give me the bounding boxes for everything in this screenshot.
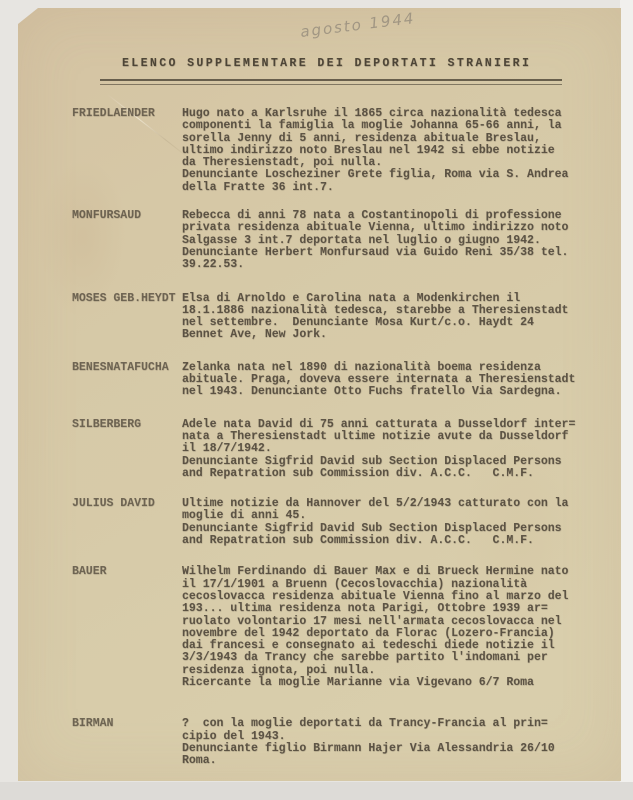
register-entry: BAUER Wilhelm Ferdinando di Bauer Max e … xyxy=(72,566,610,689)
scan-background-bottom xyxy=(0,782,633,800)
entry-surname: SILBERBERG xyxy=(72,419,182,480)
register-entry: MONFURSAUD Rebecca di anni 78 nata a Cos… xyxy=(72,210,610,271)
entry-description: Wilhelm Ferdinando di Bauer Max e di Bru… xyxy=(182,566,610,689)
entry-description: Elsa di Arnoldo e Carolina nata a Modenk… xyxy=(182,293,610,342)
entry-line: il 18/7/1942. xyxy=(182,443,610,455)
title-underline xyxy=(100,79,562,85)
entry-line: Denunciante Sigfrid David sub Section Di… xyxy=(182,456,610,468)
entry-line: nel 1943. Denunciante Otto Fuchs fratell… xyxy=(182,386,610,398)
entry-surname: MOSES GEB.HEYDT xyxy=(72,293,182,342)
handwritten-date-note: agosto 1944 xyxy=(299,9,416,41)
entry-line: Ricercante la moglie Marianne via Vigeva… xyxy=(182,677,610,689)
document-page: agosto 1944 ELENCO SUPPLEMENTARE DEI DEP… xyxy=(18,8,621,781)
register-entry: FRIEDLAENDER Hugo nato a Karlsruhe il 18… xyxy=(72,108,610,194)
entry-line: Bennet Ave, New Jork. xyxy=(182,329,610,341)
page-title: ELENCO SUPPLEMENTARE DEI DEPORTATI STRAN… xyxy=(122,57,531,70)
entry-line: Wilhelm Ferdinando di Bauer Max e di Bru… xyxy=(182,566,610,578)
entry-line: Denunciante figlio Birmann Hajer Via Ale… xyxy=(182,743,610,755)
entry-description: Hugo nato a Karlsruhe il 1865 circa nazi… xyxy=(182,108,610,194)
entry-surname: BENESNATAFUCHA xyxy=(72,362,182,399)
entry-line: privata residenza abituale Vienna, ultim… xyxy=(182,222,610,234)
entry-line: moglie di anni 45. xyxy=(182,510,610,522)
entry-line: della Fratte 36 int.7. xyxy=(182,182,610,194)
register-entry: BENESNATAFUCHA Zelanka nata nel 1890 di … xyxy=(72,362,610,399)
register-entry: BIRMAN ? con la moglie deportati da Tran… xyxy=(72,718,610,767)
entry-surname: JULIUS DAVID xyxy=(72,498,182,547)
entry-line: 193... ultima residenza nota Parigi, Ott… xyxy=(182,603,610,615)
entry-description: ? con la moglie deportati da Trancy-Fran… xyxy=(182,718,610,767)
entry-description: Zelanka nata nel 1890 di nazionalità boe… xyxy=(182,362,610,399)
entry-line: and Repatration sub Commission div. A.C.… xyxy=(182,468,610,480)
entry-description: Ultime notizie da Hannover del 5/2/1943 … xyxy=(182,498,610,547)
entry-line: Denunciante Herbert Monfursaud via Guido… xyxy=(182,247,610,259)
entry-line: componenti la famiglia la moglie Johanna… xyxy=(182,120,610,132)
entry-surname: FRIEDLAENDER xyxy=(72,108,182,194)
entry-line: Roma. xyxy=(182,755,610,767)
entry-surname: MONFURSAUD xyxy=(72,210,182,271)
entry-surname: BIRMAN xyxy=(72,718,182,767)
entry-line: 39.22.53. xyxy=(182,259,610,271)
entry-line: Elsa di Arnoldo e Carolina nata a Modenk… xyxy=(182,293,610,305)
entry-surname: BAUER xyxy=(72,566,182,689)
entry-line: ? con la moglie deportati da Trancy-Fran… xyxy=(182,718,610,730)
register-entry: MOSES GEB.HEYDT Elsa di Arnoldo e Caroli… xyxy=(72,293,610,342)
entry-line: Denunciante Loscheziner Grete figlia, Ro… xyxy=(182,169,610,181)
entry-line: ruolato volontario 17 mesi nell'armata c… xyxy=(182,616,610,628)
register-entry: SILBERBERG Adele nata David di 75 anni c… xyxy=(72,419,610,480)
entry-description: Adele nata David di 75 anni catturata a … xyxy=(182,419,610,480)
entry-line: 3/3/1943 da Trancy che sarebbe partito l… xyxy=(182,652,610,664)
register-entry: JULIUS DAVID Ultime notizie da Hannover … xyxy=(72,498,610,547)
scan-background-right xyxy=(620,0,633,800)
deportee-list: FRIEDLAENDER Hugo nato a Karlsruhe il 18… xyxy=(72,108,610,785)
entry-description: Rebecca di anni 78 nata a Costantinopoli… xyxy=(182,210,610,271)
entry-line: and Repatration sub Commission div. A.C.… xyxy=(182,535,610,547)
